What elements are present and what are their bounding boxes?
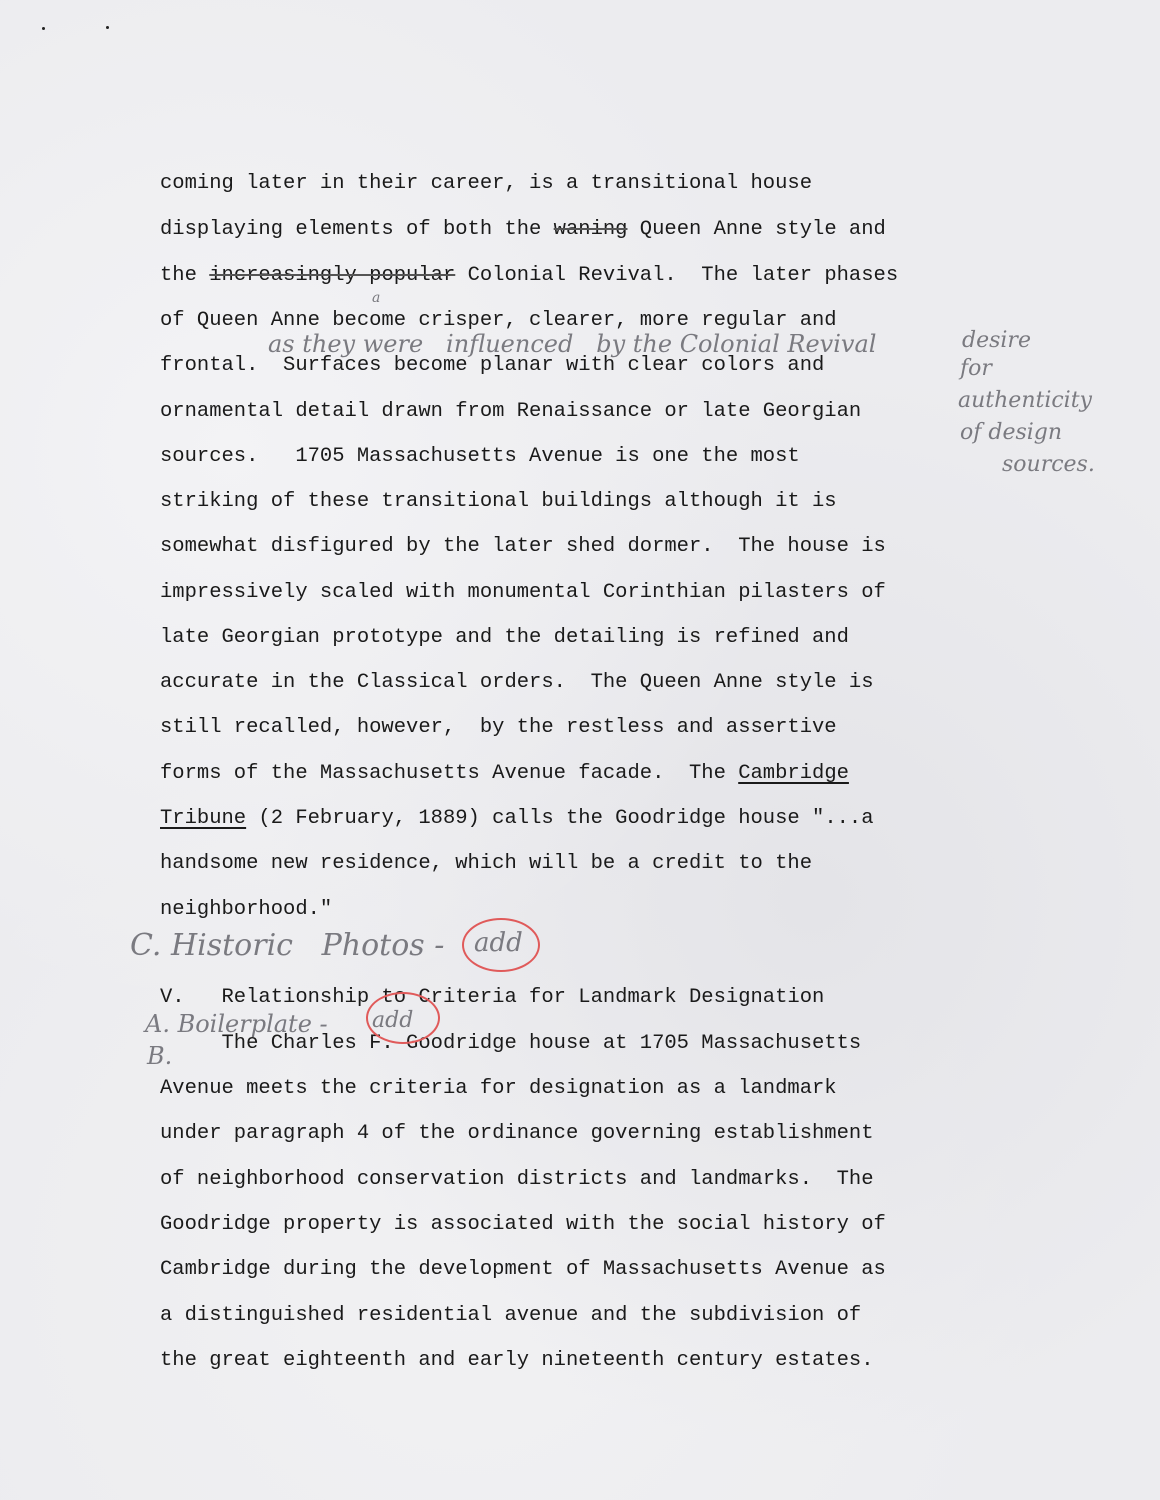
underlined-title: Tribune xyxy=(160,807,246,830)
text-line: Avenue meets the criteria for designatio… xyxy=(160,1077,837,1101)
text-line: accurate in the Classical orders. The Qu… xyxy=(160,671,874,695)
text-line: late Georgian prototype and the detailin… xyxy=(160,626,849,650)
text-line: sources. 1705 Massachusetts Avenue is on… xyxy=(160,445,800,469)
text-line: still recalled, however, by the restless… xyxy=(160,716,837,740)
red-circle xyxy=(462,918,540,972)
text-line: coming later in their career, is a trans… xyxy=(160,172,812,196)
margin-note: of design xyxy=(960,420,1062,445)
text-line: Cambridge during the development of Mass… xyxy=(160,1258,886,1282)
margin-note: desire xyxy=(962,328,1031,353)
text-line: Tribune (2 February, 1889) calls the Goo… xyxy=(160,807,874,831)
text-line: the great eighteenth and early nineteent… xyxy=(160,1349,874,1373)
text-line: a distinguished residential avenue and t… xyxy=(160,1304,861,1328)
text-line: impressively scaled with monumental Cori… xyxy=(160,581,886,605)
text-line: forms of the Massachusetts Avenue facade… xyxy=(160,762,849,786)
red-circle xyxy=(366,992,440,1044)
text: (2 February, 1889) calls the Goodridge h… xyxy=(246,807,873,830)
section-heading: V. Relationship to Criteria for Landmark… xyxy=(160,986,824,1010)
text-line: displaying elements of both the waning Q… xyxy=(160,218,886,242)
text-line: neighborhood." xyxy=(160,898,332,922)
handwritten-item-c: C. Historic Photos - xyxy=(130,928,444,963)
margin-note: sources. xyxy=(1002,452,1095,477)
text-line: striking of these transitional buildings… xyxy=(160,490,837,514)
scan-speck xyxy=(106,26,109,29)
handwritten-item-a: A. Boilerplate - xyxy=(145,1010,328,1038)
text: displaying elements of both the xyxy=(160,218,554,241)
text-line: somewhat disfigured by the later shed do… xyxy=(160,535,886,559)
scan-speck xyxy=(42,27,45,30)
handwritten-caret: a xyxy=(372,290,380,306)
underlined-title: Cambridge xyxy=(738,762,849,785)
struck-text: increasingly popular xyxy=(209,264,455,287)
text: Colonial Revival. The later phases xyxy=(455,264,898,287)
text-line: the increasingly popular Colonial Reviva… xyxy=(160,264,898,288)
text: the xyxy=(160,264,209,287)
text-line: handsome new residence, which will be a … xyxy=(160,852,812,876)
text-line: of neighborhood conservation districts a… xyxy=(160,1168,874,1192)
document-page: coming later in their career, is a trans… xyxy=(0,0,1160,1500)
text: Queen Anne style and xyxy=(627,218,885,241)
text: forms of the Massachusetts Avenue facade… xyxy=(160,762,738,785)
text-line: Goodridge property is associated with th… xyxy=(160,1213,886,1237)
handwritten-item-b: B. xyxy=(147,1042,172,1070)
text-line: under paragraph 4 of the ordinance gover… xyxy=(160,1122,874,1146)
margin-note: for xyxy=(960,356,992,381)
text-line: ornamental detail drawn from Renaissance… xyxy=(160,400,861,424)
struck-text: waning xyxy=(554,218,628,241)
margin-note: authenticity xyxy=(958,388,1092,413)
handwritten-insert: as they were influenced by the Colonial … xyxy=(268,330,876,358)
